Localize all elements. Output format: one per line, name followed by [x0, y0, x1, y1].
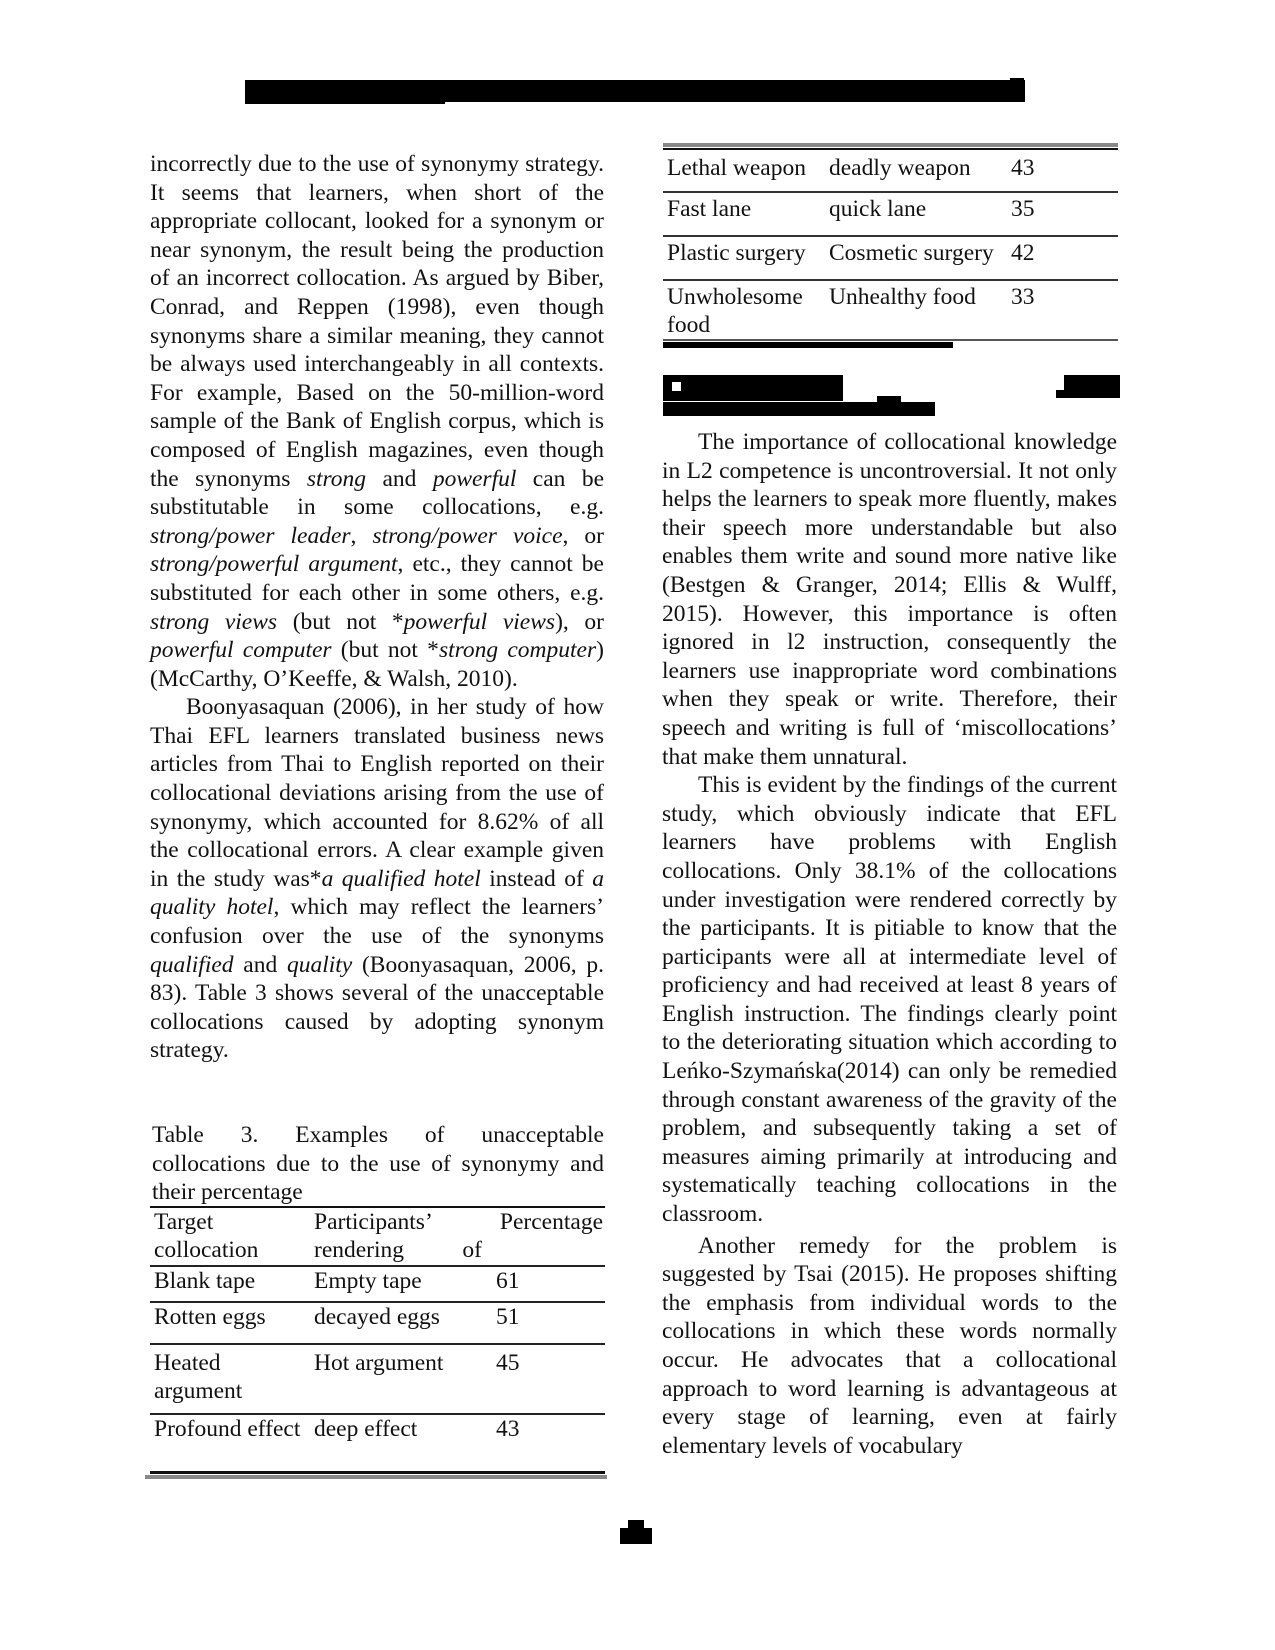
running-header-redacted — [1010, 78, 1024, 84]
table-row: Heated argument Hot argument 45 — [150, 1344, 605, 1414]
italic-term: powerful — [433, 466, 517, 492]
italic-term: powerful views — [404, 609, 555, 635]
text-run: incorrectly due to the use of synonymy s… — [150, 151, 604, 492]
percentage-cell: 45 — [482, 1344, 605, 1414]
table-row: Lethal weapon deadly weapon 43 — [663, 149, 1118, 192]
target-cell: Unwholesome food — [663, 280, 825, 340]
target-cell: Profound effect — [150, 1414, 310, 1472]
percentage-cell: 33 — [999, 280, 1118, 340]
table3-right: Lethal weapon deadly weapon 43 Fast lane… — [663, 148, 1118, 341]
target-cell: Blank tape — [150, 1266, 310, 1302]
table3-left: Targetcollocation Participants’rendering… — [150, 1208, 605, 1474]
percentage-cell: 43 — [999, 149, 1118, 192]
table-bottom-redacted — [663, 342, 953, 348]
table-row: Unwholesome food Unhealthy food 33 — [663, 280, 1118, 340]
italic-term: strong computer — [439, 637, 596, 663]
text-run: This is evident by the findings of the c… — [662, 772, 1117, 1227]
italic-term: strong — [307, 466, 366, 492]
rendering-cell: deep effect — [310, 1414, 482, 1472]
target-cell: Fast lane — [663, 192, 825, 236]
percentage-cell: 51 — [482, 1302, 605, 1344]
text-run: (but not * — [332, 637, 439, 663]
caption-line: their percentage — [152, 1178, 604, 1207]
body-paragraph: Another remedy for the problem is sugges… — [662, 1232, 1117, 1461]
text-run: ), or — [555, 609, 604, 635]
italic-term: powerful computer — [150, 637, 332, 663]
italic-term: qualified — [150, 952, 234, 978]
italic-term: quality — [287, 952, 352, 978]
left-column: incorrectly due to the use of synonymy s… — [150, 150, 604, 1065]
text-run: instead of — [481, 866, 593, 892]
target-cell: Plastic surgery — [663, 236, 825, 280]
italic-term: strong/power voice — [372, 523, 562, 549]
page-number-redacted — [620, 1528, 652, 1544]
table-top-shadow — [663, 143, 1118, 147]
running-header-redacted — [245, 96, 445, 104]
header-cell: Targetcollocation — [150, 1208, 310, 1266]
italic-term: strong views — [150, 609, 277, 635]
redaction-gap — [672, 382, 681, 391]
section-heading-redacted — [663, 375, 843, 401]
rendering-cell: Cosmetic surgery — [825, 236, 999, 280]
rendering-cell: quick lane — [825, 192, 999, 236]
italic-term: strong/power leader — [150, 523, 351, 549]
table-row: Plastic surgery Cosmetic surgery 42 — [663, 236, 1118, 280]
text-run: The importance of collocational knowledg… — [662, 429, 1117, 770]
table-header-row: Targetcollocation Participants’rendering… — [150, 1208, 605, 1266]
body-paragraph: Boonyasaquan (2006), in her study of how… — [150, 693, 604, 1065]
percentage-cell: 42 — [999, 236, 1118, 280]
table-bottom-shadow — [145, 1475, 607, 1479]
table-caption: Table 3. Examples of unacceptable colloc… — [152, 1121, 604, 1207]
text-run: and — [366, 466, 433, 492]
section-heading-redacted — [877, 396, 901, 406]
section-heading-redacted — [1056, 390, 1120, 398]
target-cell: Rotten eggs — [150, 1302, 310, 1344]
rendering-cell: Unhealthy food — [825, 280, 999, 340]
right-column: The importance of collocational knowledg… — [662, 428, 1117, 1460]
caption-line: collocations due to the use of synonymy … — [152, 1150, 604, 1179]
rendering-cell: decayed eggs — [310, 1302, 482, 1344]
rendering-cell: deadly weapon — [825, 149, 999, 192]
caption-line: Table 3. Examples of unacceptable — [152, 1121, 604, 1150]
target-cell: Heated argument — [150, 1344, 310, 1414]
rendering-cell: Hot argument — [310, 1344, 482, 1414]
table-row: Blank tape Empty tape 61 — [150, 1266, 605, 1302]
percentage-cell: 61 — [482, 1266, 605, 1302]
table-row: Profound effect deep effect 43 — [150, 1414, 605, 1472]
text-run: and — [234, 952, 287, 978]
body-paragraph: This is evident by the findings of the c… — [662, 771, 1117, 1229]
text-run: Boonyasaquan (2006), in her study of how… — [150, 694, 604, 892]
body-paragraph: incorrectly due to the use of synonymy s… — [150, 150, 604, 693]
header-cell: Percentage — [482, 1208, 605, 1266]
italic-term: strong/powerful argument — [150, 551, 398, 577]
body-paragraph: The importance of collocational knowledg… — [662, 428, 1117, 771]
text-run: (but not * — [277, 609, 404, 635]
rendering-cell: Empty tape — [310, 1266, 482, 1302]
table-row: Fast lane quick lane 35 — [663, 192, 1118, 236]
header-cell: Participants’renderingof — [310, 1208, 482, 1266]
text-run: , — [351, 523, 373, 549]
text-run: , or — [563, 523, 604, 549]
percentage-cell: 43 — [482, 1414, 605, 1472]
table-row: Rotten eggs decayed eggs 51 — [150, 1302, 605, 1344]
italic-term: a qualified hotel — [322, 866, 481, 892]
text-run: Another remedy for the problem is sugges… — [662, 1233, 1117, 1459]
percentage-cell: 35 — [999, 192, 1118, 236]
target-cell: Lethal weapon — [663, 149, 825, 192]
